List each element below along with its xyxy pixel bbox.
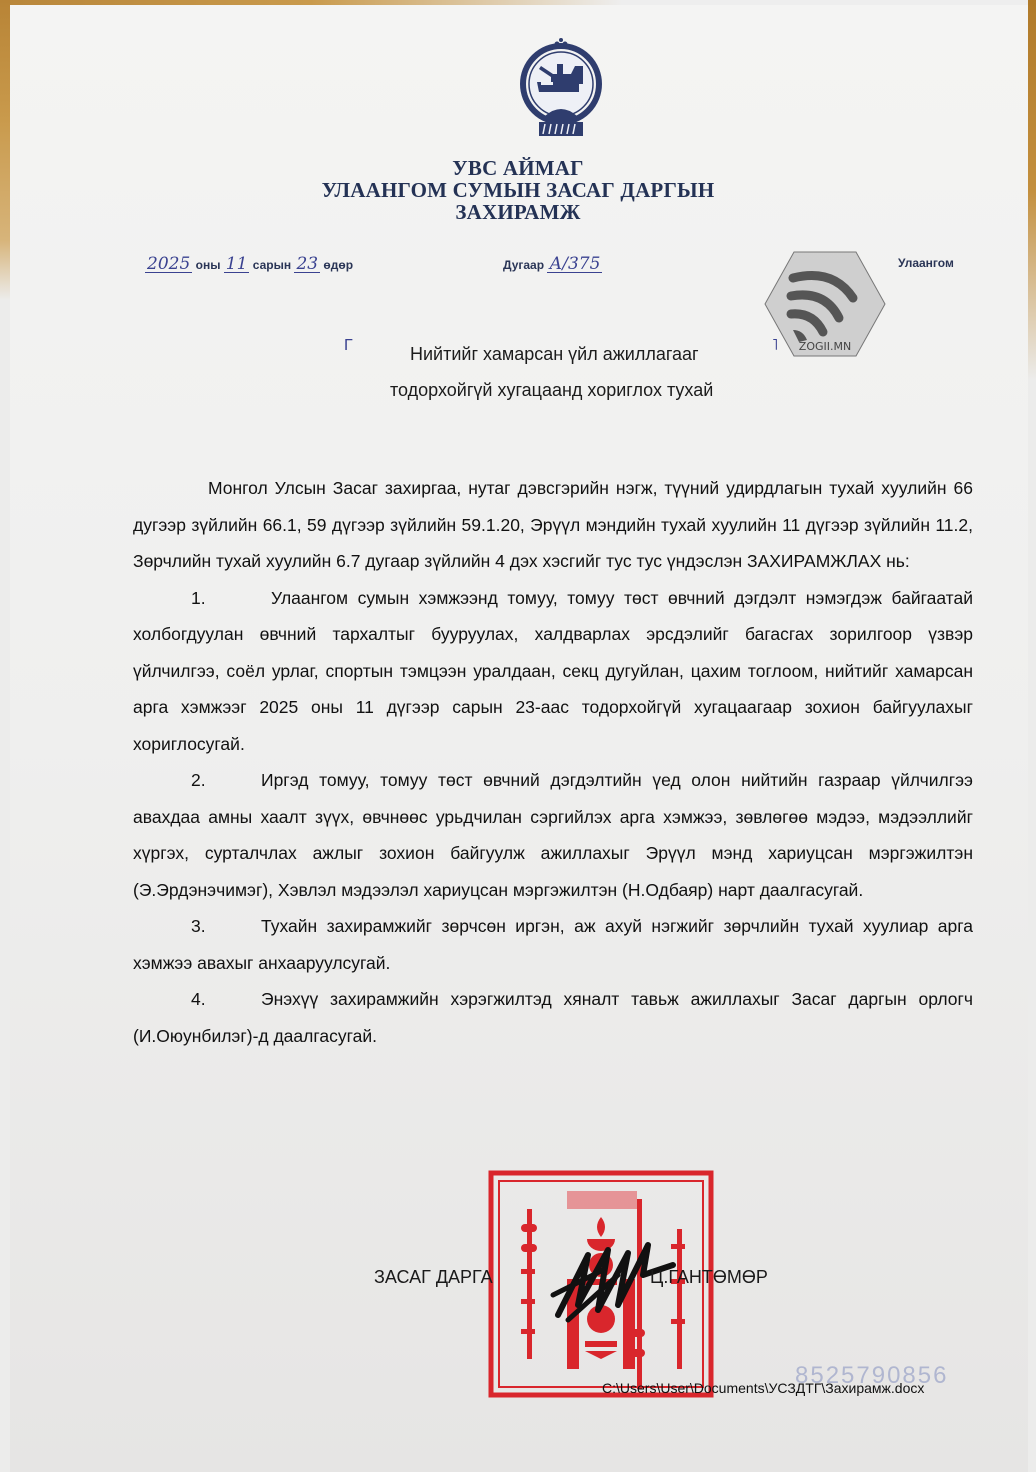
number-value: А/375 — [547, 256, 602, 273]
header-doc-type: ЗАХИРАМЖ — [0, 201, 1036, 223]
mongolia-state-emblem-icon — [515, 36, 607, 144]
date-month: 11 — [224, 256, 250, 273]
file-path: C:\Users\User\Documents\УСЗДТГ\Захирамж.… — [602, 1380, 924, 1396]
item-number: 2. — [191, 762, 261, 799]
date-day-label: өдөр — [323, 258, 353, 272]
date-day: 23 — [294, 256, 320, 273]
subject-bracket-close: ˥ — [772, 328, 778, 364]
item-number: 1. — [191, 580, 271, 617]
subject-line-1: Нийтийг хамарсан үйл ажиллагааг — [410, 336, 699, 372]
document-date: 2025 оны 11 сарын 23 өдөр — [145, 256, 353, 273]
order-item-4: 4.Энэхүү захирамжийн хэрэгжилтэд хяналт … — [133, 981, 973, 1054]
order-item-3: 3.Тухайн захирамжийг зөрчсөн иргэн, аж а… — [133, 908, 973, 981]
signatory-title: ЗАСАГ ДАРГА — [374, 1267, 493, 1288]
item-number: 3. — [191, 908, 261, 945]
signatory-name: Ц.ГАНТӨМӨР — [650, 1267, 768, 1288]
order-item-2: 2.Иргэд томуу, томуу төст өвчний дэгдэлт… — [133, 762, 973, 908]
order-item-1: 1.Улаангом сумын хэмжээнд томуу, томуу т… — [133, 580, 973, 763]
item-number: 4. — [191, 981, 261, 1018]
svg-text:ZOGII.MN: ZOGII.MN — [799, 340, 851, 353]
zogii-logo-icon: ZOGII.MN — [763, 250, 887, 358]
document-place: Улаангом — [898, 256, 954, 270]
subject-line-2: тодорхойгүй хугацаанд хориглох тухай — [390, 372, 713, 408]
document-body: Монгол Улсын Засаг захиргаа, нутаг дэвсг… — [133, 470, 973, 1054]
date-year: 2025 — [145, 256, 192, 273]
date-year-label: оны — [196, 258, 221, 272]
document-number: Дугаар А/375 — [503, 256, 602, 273]
document-header: УВС АЙМАГ УЛААНГОМ СУМЫН ЗАСАГ ДАРГЫН ЗА… — [0, 157, 1036, 223]
desk-edge-left — [0, 0, 10, 300]
subject-bracket-open: Г — [344, 328, 353, 364]
header-office: УЛААНГОМ СУМЫН ЗАСАГ ДАРГЫН — [0, 179, 1036, 201]
preamble: Монгол Улсын Засаг захиргаа, нутаг дэвсг… — [133, 470, 973, 580]
date-month-label: сарын — [253, 258, 291, 272]
number-label: Дугаар — [503, 258, 544, 272]
header-aimag: УВС АЙМАГ — [0, 157, 1036, 179]
